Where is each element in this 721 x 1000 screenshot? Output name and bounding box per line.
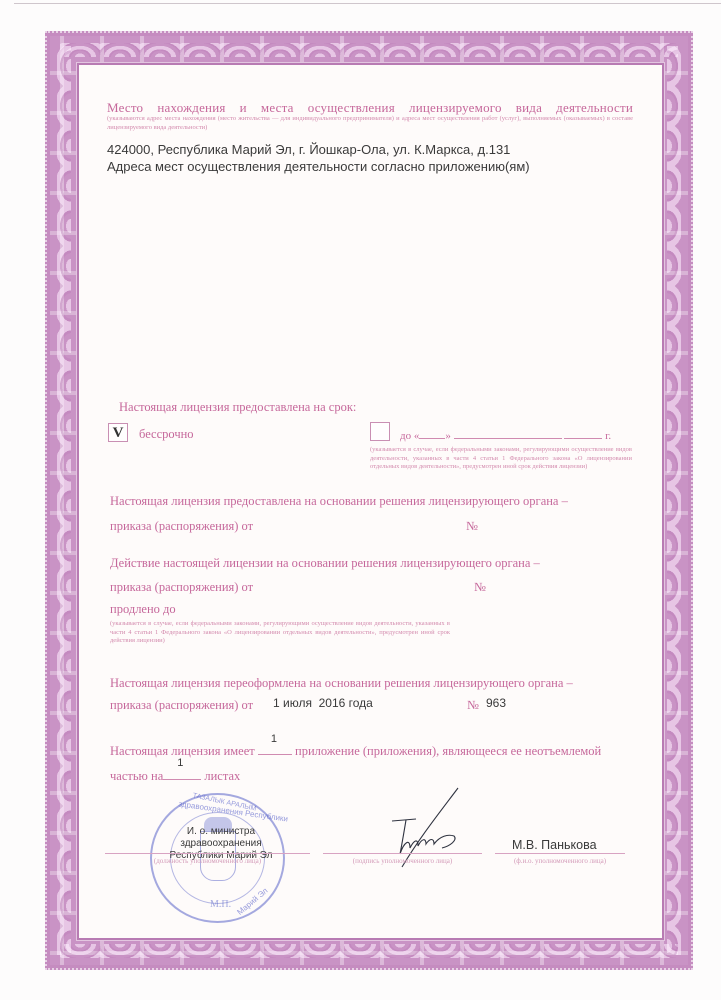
appendix-count: 1: [271, 733, 277, 745]
frame-wave-right: [667, 46, 681, 955]
reissued-number-label: №: [467, 698, 479, 713]
caption-name: (ф.и.о. уполномоченного лица): [495, 857, 625, 865]
location-note: (указываются адрес места нахождения (мес…: [107, 115, 633, 132]
reissued-date: 1 июля 2016 года: [273, 696, 373, 710]
frame-wave-left: [57, 46, 71, 955]
until-note: (указывается в случае, если федеральными…: [370, 446, 632, 472]
until-date-checkbox[interactable]: [370, 422, 390, 441]
prolonged-note: (указывается в случае, если федеральными…: [110, 620, 450, 646]
caption-position: (должность уполномоченного лица): [105, 857, 310, 865]
name-line: [495, 853, 625, 854]
signature-line: [323, 853, 482, 854]
indefinite-label: бессрочно: [139, 427, 194, 442]
extended-line-1: Действие настоящей лицензии на основании…: [110, 556, 540, 571]
appendix-text-4: листах: [204, 769, 240, 783]
appendix-sheets: 1: [177, 757, 183, 769]
address-line-2: Адреса мест осуществления деятельности с…: [107, 158, 530, 175]
frame-wave-top: [60, 43, 678, 57]
until-date-field: до «» г.: [400, 428, 611, 442]
until-prefix: до «: [400, 430, 419, 442]
caption-signature: (подпись уполномоченного лица): [323, 857, 482, 865]
reissued-order-label: приказа (распоряжения) от: [110, 698, 253, 713]
appendix-text-2: приложение (приложения), являющееся ее н…: [295, 744, 601, 758]
until-suffix: г.: [605, 430, 611, 442]
until-day-blank[interactable]: [419, 428, 445, 439]
prolonged-label: продлено до: [110, 602, 176, 617]
address-block: 424000, Республика Марий Эл, г. Йошкар-О…: [107, 141, 530, 175]
appendix-line-2: частью на 1 листах: [110, 767, 240, 784]
indefinite-checkbox[interactable]: V: [108, 423, 128, 442]
granted-number-label: №: [466, 519, 478, 534]
location-heading: Место нахождения и места осуществления л…: [107, 100, 633, 116]
granted-order-label: приказа (распоряжения) от: [110, 519, 253, 534]
scan-edge-line: [14, 3, 721, 4]
appendix-line-1: Настоящая лицензия имеет 1 приложение (п…: [110, 742, 601, 759]
until-mid: »: [445, 430, 451, 442]
address-line-1: 424000, Республика Марий Эл, г. Йошкар-О…: [107, 141, 530, 158]
reissued-number: 963: [486, 696, 506, 710]
position-line: [105, 853, 310, 854]
appendix-text-3: частью на: [110, 769, 163, 783]
signer-name: М.В. Панькова: [512, 838, 597, 852]
granted-line-1: Настоящая лицензия предоставлена на осно…: [110, 494, 568, 509]
frame-wave-bottom: [60, 944, 678, 958]
reissued-line-1: Настоящая лицензия переоформлена на осно…: [110, 676, 573, 691]
appendix-text-1: Настоящая лицензия имеет: [110, 744, 255, 758]
until-year-blank[interactable]: [564, 428, 602, 439]
extended-number-label: №: [474, 580, 486, 595]
check-mark: V: [113, 425, 124, 441]
until-month-blank[interactable]: [454, 428, 562, 439]
extended-order-label: приказа (распоряжения) от: [110, 580, 253, 595]
term-heading: Настоящая лицензия предоставлена на срок…: [119, 400, 356, 415]
stamp-mp: М.П.: [210, 899, 231, 910]
appendix-count-field[interactable]: 1: [258, 742, 292, 755]
appendix-sheets-field[interactable]: 1: [163, 767, 201, 780]
signer-position-line-1: И. о. министра здравоохранения: [145, 826, 297, 850]
